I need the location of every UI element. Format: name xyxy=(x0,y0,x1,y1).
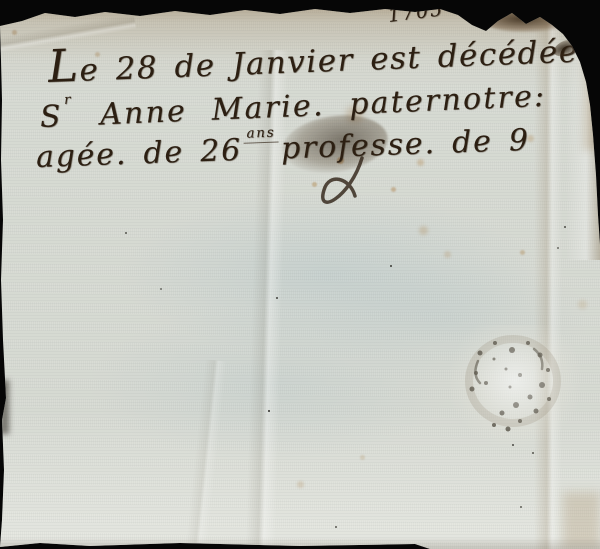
torn-edge-stain xyxy=(482,6,570,32)
handwritten-line-2: Sr Anne Marie. paternotre: xyxy=(39,79,547,135)
ink-smudge xyxy=(279,109,392,179)
ink-blot-seal xyxy=(450,325,580,450)
age-text: agée. de 26 xyxy=(35,133,242,175)
edge-stain-right xyxy=(583,55,600,150)
fold-crease-top-left xyxy=(0,13,136,55)
seal-emboss-highlight xyxy=(450,325,580,450)
name-text: Anne Marie. paternotre: xyxy=(99,79,547,133)
manuscript-photo: 1705 Le 28 de Janvier est décédée. Sr An… xyxy=(0,0,600,549)
handwritten-line-3: agée. de 26ansprofesse. de 9 xyxy=(35,123,530,175)
seal-speckles xyxy=(450,325,580,450)
sister-abbreviation-superscript: r xyxy=(64,91,73,107)
sister-abbreviation: S xyxy=(39,99,63,135)
edge-stain-bottom-right xyxy=(563,492,600,549)
handwritten-line-1: Le 28 de Janvier est décédée. xyxy=(47,19,591,93)
handwritten-year: 1705 xyxy=(387,0,446,27)
edge-smudge-left xyxy=(0,380,9,434)
professed-text: professe. de 9 xyxy=(280,123,530,167)
foxing-spots xyxy=(0,0,5,5)
ink-flourish-mark xyxy=(551,36,582,59)
fold-crease-bottom-left xyxy=(185,359,227,549)
fold-crease-center xyxy=(245,50,288,549)
paper-page: 1705 Le 28 de Janvier est décédée. Sr An… xyxy=(0,0,600,549)
fold-crease-right xyxy=(534,0,562,549)
ans-superscript: ans xyxy=(243,124,279,143)
descender-flourish xyxy=(300,150,390,230)
ink-specks xyxy=(0,0,2,2)
